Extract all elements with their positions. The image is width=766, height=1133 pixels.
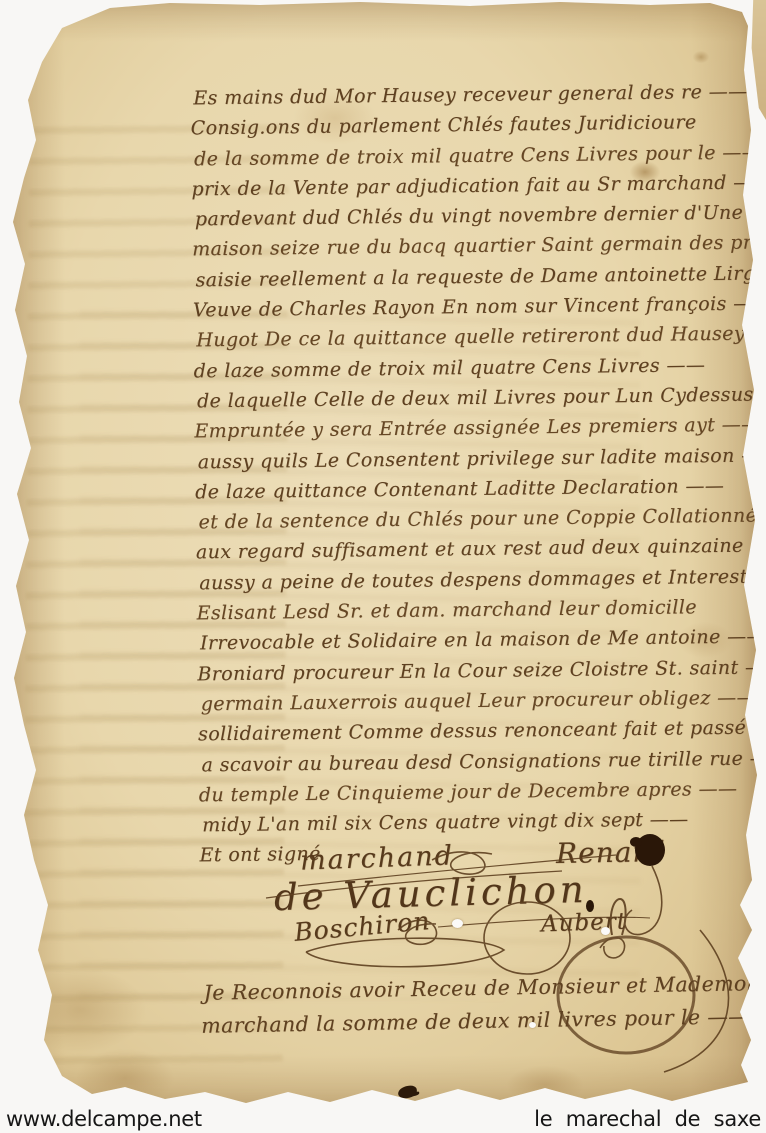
signature-aubert: Aubert (541, 909, 628, 938)
watermark-site-url: www.delcampe.net (6, 1107, 202, 1131)
second-leaf-edge (750, 0, 766, 120)
act-text-block: Es mains dud Mor Hausey receveur general… (193, 81, 751, 875)
watermark-seller-name: le marechal de saxe (534, 1107, 761, 1131)
paper-hole (601, 927, 610, 935)
watermark-bar: www.delcampe.net le marechal de saxe (0, 1103, 766, 1133)
receipt-text-block: Je Reconnois avoir Receu de Monsieur et … (203, 971, 749, 1047)
manuscript-paper: Es mains dud Mor Hausey receveur general… (0, 0, 766, 1110)
scan-backdrop: Es mains dud Mor Hausey receveur general… (0, 0, 766, 1133)
ink-blot (397, 1085, 417, 1100)
signature-renard: Renard (556, 835, 666, 870)
paper-hole (452, 919, 463, 928)
paper-hole (529, 1022, 536, 1028)
